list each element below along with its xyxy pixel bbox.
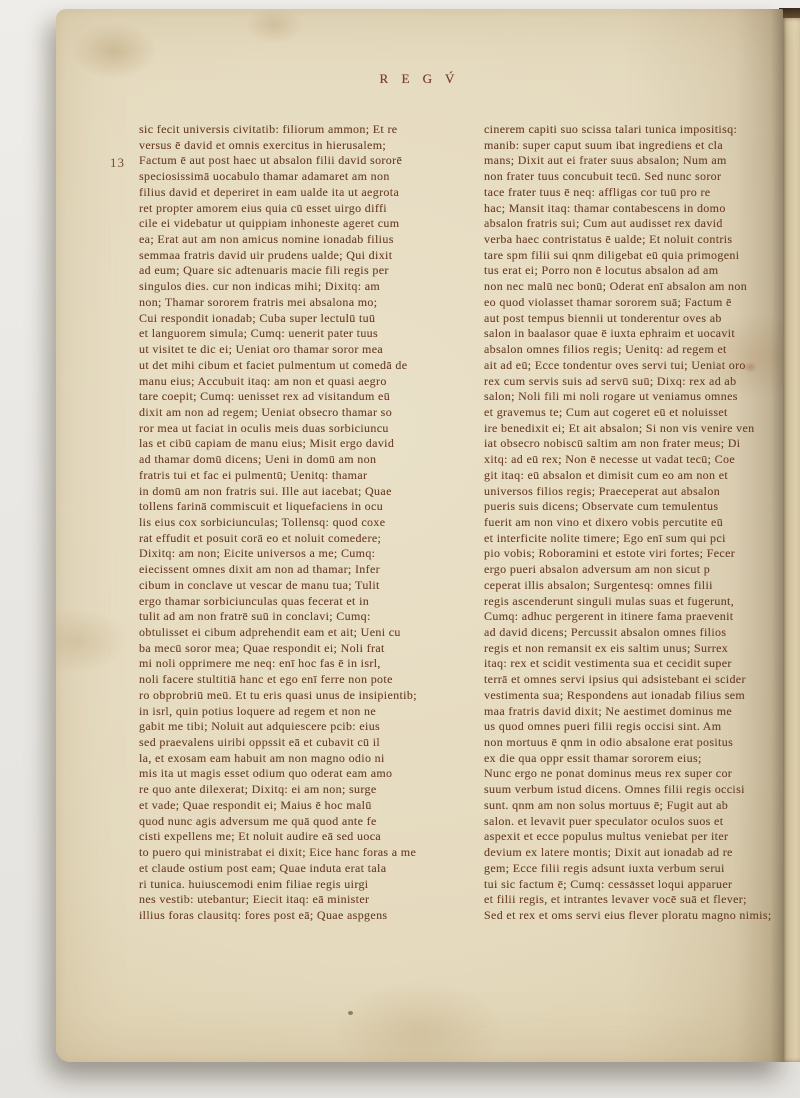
manuscript-text-line: devium ex latere montis; Dixit aut ionad… [484,845,800,861]
manuscript-text-line: ro obprobriū meū. Et tu eris quasi unus … [139,688,489,704]
manuscript-text-line: et filii regis, et intrantes levaver voc… [484,892,800,908]
manuscript-text-line: ba mecū soror mea; Quae respondit ei; No… [139,641,489,657]
manuscript-text-line: ex die qua oppr essit thamar sororem eiu… [484,751,800,767]
manuscript-text-line: re quo ante dilexerat; Dixitq: ei am non… [139,782,489,798]
manuscript-text-line: iat obsecro nobiscū saltim am non frater… [484,436,800,452]
manuscript-text-line: et gravemus te; Cum aut cogeret eū et no… [484,405,800,421]
manuscript-text-line: mans; Dixit aut ei frater suus absalon; … [484,153,800,169]
text-column-left: sic fecit universis civitatib: filiorum … [139,122,489,924]
manuscript-text-line: git itaq: eū absalon et dimisit cum eo a… [484,468,800,484]
manuscript-text-line: suum verbum istud dicens. Omnes filii re… [484,782,800,798]
manuscript-text-line: regis et non remansit ex eis saltim unus… [484,641,800,657]
manuscript-text-line: et interficite nolite timere; Ego enī su… [484,531,800,547]
photo-backdrop: R E G V́ 13 sic fecit universis civitati… [0,0,800,1098]
manuscript-text-line: in isrl, quin potius loquere ad regem et… [139,704,489,720]
manuscript-text-line: salon in baalasor quae ē iuxta ephraim e… [484,326,800,342]
manuscript-text-line: xitq: ad eū rex; Non ē necesse ut vadat … [484,452,800,468]
manuscript-text-line: non; Thamar sororem fratris mei absalona… [139,295,489,311]
manuscript-text-line: non mortuus ē qnm in odio absalone erat … [484,735,800,751]
manuscript-text-line: absalon fratris sui; Cum aut audisset re… [484,216,800,232]
manuscript-text-line: ea; Erat aut am non amicus nomine ionada… [139,232,489,248]
manuscript-text-line: dixit am non ad regem; Ueniat obsecro th… [139,405,489,421]
manuscript-text-line: versus ē david et omnis exercitus in hie… [139,138,489,154]
manuscript-text-line: et vade; Quae respondit ei; Maius ē hoc … [139,798,489,814]
manuscript-text-line: us quod omnes pueri filii regis occisi s… [484,719,800,735]
manuscript-text-line: salon. et levavit puer speculator oculos… [484,814,800,830]
manuscript-text-line: eiecissent omnes dixit am non ad thamar;… [139,562,489,578]
manuscript-text-line: Dixitq: am non; Eicite universos a me; C… [139,546,489,562]
manuscript-text-line: semmaa fratris david uir prudens ualde; … [139,248,489,264]
manuscript-text-line: filius david et deperiret in eam ualde i… [139,185,489,201]
manuscript-text-line: nes vestib: utebantur; Eiecit itaq: eā m… [139,892,489,908]
manuscript-text-line: singulos dies. cur non indicas mihi; Dix… [139,279,489,295]
manuscript-text-line: illius foras clausitq: fores post eā; Qu… [139,908,489,924]
manuscript-text-line: ut det mihi cibum et faciet pulmentum ut… [139,358,489,374]
manuscript-text-line: aspexit et ecce populus multus veniebat … [484,829,800,845]
manuscript-text-line: ri tunica. huiuscemodi enim filiae regis… [139,877,489,893]
manuscript-text-line: tui sic factum ē; Cumq: cessasset loqui … [484,877,800,893]
manuscript-text-line: ad david dicens; Percussit absalon omnes… [484,625,800,641]
manuscript-text-line: cibum in conclave ut vescar de manu tua;… [139,578,489,594]
manuscript-text-line: cisti expellens me; Et noluit audire eā … [139,829,489,845]
manuscript-text-line: et claude ostium post eam; Quae induta e… [139,861,489,877]
manuscript-text-line: mi noli opprimere me neq: enī hoc fas ē … [139,656,489,672]
manuscript-text-line: cile ei videbatur ut quippiam inhoneste … [139,216,489,232]
chapter-number-marginal: 13 [110,155,125,171]
manuscript-text-line: Cui respondit ionadab; Cuba super lectul… [139,311,489,327]
manuscript-text-line: universos filios regis; Praeceperat aut … [484,484,800,500]
manuscript-text-line: Factum ē aut post haec ut absalon filii … [139,153,489,169]
manuscript-text-line: salon; Noli fili mi noli rogare ut venia… [484,389,800,405]
manuscript-text-line: quod nunc agis adversum me quā quod ante… [139,814,489,830]
manuscript-text-line: pueris suis dicens; Observate cum temule… [484,499,800,515]
manuscript-text-line: tare coepit; Cumq: uenisset rex ad visit… [139,389,489,405]
manuscript-text-line: ait ad eū; Ecce tondentur oves servi tui… [484,358,800,374]
manuscript-page: R E G V́ 13 sic fecit universis civitati… [56,9,783,1062]
manuscript-text-line: in domū am non fratris sui. Ille aut iac… [139,484,489,500]
manuscript-text-line: noli facere stultitiā hanc et ego enī fe… [139,672,489,688]
manuscript-text-line: tare spm filii sui qnm diligebat eū quia… [484,248,800,264]
manuscript-text-line: obtulisset ei cibum adprehendit eam et a… [139,625,489,641]
manuscript-text-line: mis ita ut magis esset odium quo oderat … [139,766,489,782]
manuscript-text-line: ergo thamar sorbiciunculas quas fecerat … [139,594,489,610]
manuscript-text-line: las et cibū capiam de manu eius; Misit e… [139,436,489,452]
manuscript-text-line: itaq: rex et scidit vestimenta sua et ce… [484,656,800,672]
manuscript-text-line: ret propter amorem eius quia cū esset ui… [139,201,489,217]
manuscript-text-line: fratris tui et fac ei pulmentū; Uenitq: … [139,468,489,484]
ink-speck [348,1011,353,1015]
manuscript-text-line: manu eius; Accubuit itaq: am non et quas… [139,374,489,390]
manuscript-text-line: Nunc ergo ne ponat dominus meus rex supe… [484,766,800,782]
manuscript-text-line: non nec malū nec bonū; Oderat enī absalo… [484,279,800,295]
running-title: R E G V́ [56,71,783,87]
manuscript-text-line: fuerit am non vino et dixero vobis percu… [484,515,800,531]
ink-speck [631,881,634,884]
manuscript-text-line: tollens farinā commiscuit et liquefacien… [139,499,489,515]
manuscript-text-line: tus erat ei; Porro non ē locutus absalon… [484,263,800,279]
manuscript-text-line: regis ascenderunt singuli mulas suas et … [484,594,800,610]
manuscript-text-line: speciosissimā uocabulo thamar adamaret a… [139,169,489,185]
manuscript-text-line: tulit ad am non fratrē suū in conclavi; … [139,609,489,625]
manuscript-text-line: pio vobis; Roboramini et estote viri for… [484,546,800,562]
manuscript-text-line: lis eius cox sorbiciunculas; Tollensq: q… [139,515,489,531]
manuscript-text-line: sed praevalens uiribi oppssit eā et cuba… [139,735,489,751]
manuscript-text-line: hac; Mansit itaq: thamar contabescens in… [484,201,800,217]
manuscript-text-line: manib: super caput suum ibat ingrediens … [484,138,800,154]
manuscript-text-line: Sed et rex et oms servi eius flever plor… [484,908,800,924]
manuscript-text-line: gabit me tibi; Noluit aut adquiescere pc… [139,719,489,735]
manuscript-text-line: rex cum servis suis ad servū suū; Dixq: … [484,374,800,390]
manuscript-text-line: vestimenta sua; Respondens aut ionadab f… [484,688,800,704]
manuscript-text-line: ad eum; Quare sic adtenuaris macie fili … [139,263,489,279]
text-column-right: cinerem capiti suo scissa talari tunica … [484,122,800,924]
manuscript-text-line: to puero qui ministrabat ei dixit; Eice … [139,845,489,861]
manuscript-text-line: rat effudit et posuit corā eo et noluit … [139,531,489,547]
manuscript-text-line: la, et exosam eam habuit am non magno od… [139,751,489,767]
manuscript-text-line: Cumq: adhuc pergerent in itinere fama pr… [484,609,800,625]
manuscript-text-line: gem; Ecce filii regis adsunt iuxta verbu… [484,861,800,877]
manuscript-text-line: ergo pueri absalon adversum am non sicut… [484,562,800,578]
manuscript-text-line: sic fecit universis civitatib: filiorum … [139,122,489,138]
manuscript-text-line: ut visitet te dic ei; Ueniat oro thamar … [139,342,489,358]
manuscript-text-line: cinerem capiti suo scissa talari tunica … [484,122,800,138]
manuscript-text-line: ad thamar domū dicens; Ueni in domū am n… [139,452,489,468]
manuscript-text-line: maa fratris david dixit; Ne aestimet dom… [484,704,800,720]
manuscript-text-line: tace frater tuus ē neq: affligas cor tuū… [484,185,800,201]
manuscript-text-line: ror mea ut faciat in oculis meis duas so… [139,421,489,437]
manuscript-text-line: absalon omnes filios regis; Uenitq: ad r… [484,342,800,358]
manuscript-text-line: verba haec contristatus ē ualde; Et nolu… [484,232,800,248]
manuscript-text-line: eo quod violasset thamar sororem suā; Fa… [484,295,800,311]
manuscript-text-line: non frater tuus concubuit tecū. Sed nunc… [484,169,800,185]
manuscript-text-line: terrā et omnes servi ipsius qui adsisteb… [484,672,800,688]
manuscript-text-line: et languorem simula; Cumq: uenerit pater… [139,326,489,342]
manuscript-text-line: ire benedixit ei; Et ait absalon; Si non… [484,421,800,437]
manuscript-text-line: aut post tempus biennii ut tonderentur o… [484,311,800,327]
manuscript-text-line: ceperat illis absalon; Surgentesq: omnes… [484,578,800,594]
manuscript-text-line: sunt. qnm am non solus mortuus ē; Fugit … [484,798,800,814]
